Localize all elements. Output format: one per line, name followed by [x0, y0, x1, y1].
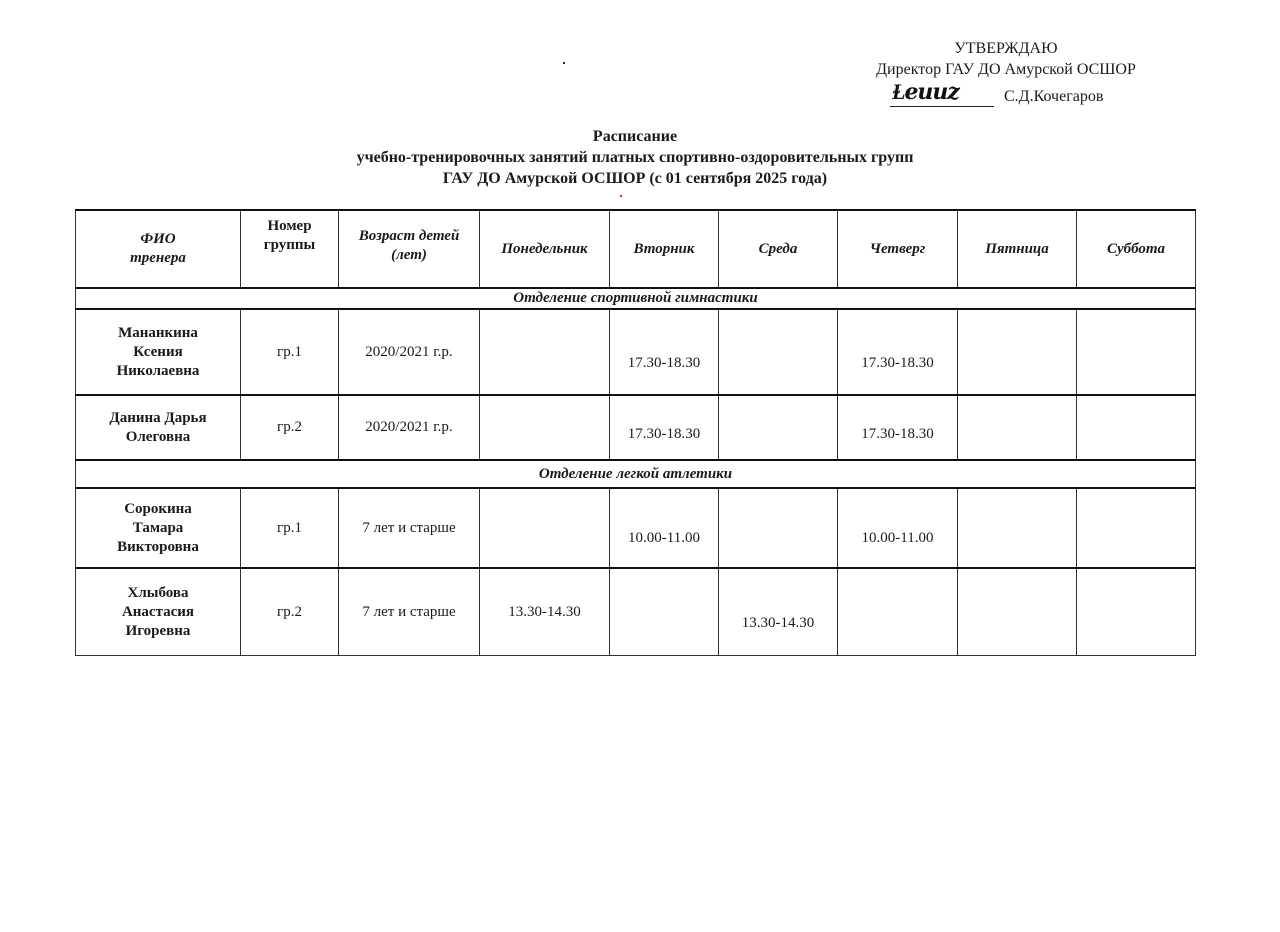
approval-block: УТВЕРЖДАЮ Директор ГАУ ДО Амурской ОСШОР…: [846, 38, 1166, 112]
saturday-time: [1077, 309, 1196, 395]
scan-speck: [563, 62, 565, 64]
wednesday-time: 13.30-14.30: [719, 568, 838, 656]
thursday-time: [838, 568, 958, 656]
section-row: Отделение спортивной гимнастики: [76, 288, 1196, 309]
section-row: Отделение легкой атлетики: [76, 460, 1196, 488]
col-header-monday: Понедельник: [480, 210, 610, 288]
wednesday-time: [719, 309, 838, 395]
section-title: Отделение легкой атлетики: [76, 460, 1196, 488]
trainer-name: ХлыбоваАнастасияИгоревна: [76, 568, 241, 656]
col-header-thursday: Четверг: [838, 210, 958, 288]
monday-time: [480, 309, 610, 395]
signature-underline: [890, 106, 994, 107]
group-number: гр.2: [241, 568, 339, 656]
saturday-time: [1077, 568, 1196, 656]
wednesday-time: [719, 395, 838, 460]
thursday-time: 10.00-11.00: [838, 488, 958, 568]
table-row: ХлыбоваАнастасияИгоревна гр.2 7 лет и ст…: [76, 568, 1196, 656]
signature-line: Ɫeuuz С.Д.Кочегаров: [846, 82, 1166, 112]
friday-time: [958, 488, 1077, 568]
group-number: гр.2: [241, 395, 339, 460]
col-header-wednesday: Среда: [719, 210, 838, 288]
approval-position: Директор ГАУ ДО Амурской ОСШОР: [846, 59, 1166, 80]
trainer-name: МананкинаКсенияНиколаевна: [76, 309, 241, 395]
signature-icon: Ɫeuuz: [892, 82, 959, 103]
col-header-friday: Пятница: [958, 210, 1077, 288]
age-range: 7 лет и старше: [339, 568, 480, 656]
table-row: МананкинаКсенияНиколаевна гр.1 2020/2021…: [76, 309, 1196, 395]
trainer-name: СорокинаТамараВикторовна: [76, 488, 241, 568]
table-row: Данина ДарьяОлеговна гр.2 2020/2021 г.р.…: [76, 395, 1196, 460]
tuesday-time: [610, 568, 719, 656]
col-header-group: Номергруппы: [241, 210, 339, 288]
col-header-saturday: Суббота: [1077, 210, 1196, 288]
tuesday-time: 17.30-18.30: [610, 395, 719, 460]
trainer-name: Данина ДарьяОлеговна: [76, 395, 241, 460]
section-title: Отделение спортивной гимнастики: [76, 288, 1196, 309]
monday-time: 13.30-14.30: [480, 568, 610, 656]
signatory-name: С.Д.Кочегаров: [1004, 86, 1103, 107]
title-line-3: ГАУ ДО Амурской ОСШОР (с 01 сентября 202…: [0, 168, 1270, 189]
title-line-2: учебно-тренировочных занятий платных спо…: [0, 147, 1270, 168]
friday-time: [958, 309, 1077, 395]
col-header-age: Возраст детей(лет): [339, 210, 480, 288]
age-range: 2020/2021 г.р.: [339, 395, 480, 460]
col-header-tuesday: Вторник: [610, 210, 719, 288]
tuesday-time: 10.00-11.00: [610, 488, 719, 568]
title-line-1: Расписание: [0, 126, 1270, 147]
col-header-trainer: ФИОтренера: [76, 210, 241, 288]
friday-time: [958, 568, 1077, 656]
approval-heading: УТВЕРЖДАЮ: [846, 38, 1166, 59]
saturday-time: [1077, 488, 1196, 568]
table-row: СорокинаТамараВикторовна гр.1 7 лет и ст…: [76, 488, 1196, 568]
thursday-time: 17.30-18.30: [838, 309, 958, 395]
group-number: гр.1: [241, 488, 339, 568]
monday-time: [480, 395, 610, 460]
thursday-time: 17.30-18.30: [838, 395, 958, 460]
header-row: ФИОтренера Номергруппы Возраст детей(лет…: [76, 210, 1196, 288]
group-number: гр.1: [241, 309, 339, 395]
wednesday-time: [719, 488, 838, 568]
friday-time: [958, 395, 1077, 460]
tuesday-time: 17.30-18.30: [610, 309, 719, 395]
saturday-time: [1077, 395, 1196, 460]
age-range: 7 лет и старше: [339, 488, 480, 568]
scan-speck: [620, 195, 622, 197]
age-range: 2020/2021 г.р.: [339, 309, 480, 395]
schedule-table: ФИОтренера Номергруппы Возраст детей(лет…: [75, 209, 1196, 656]
document-title: Расписание учебно-тренировочных занятий …: [0, 126, 1270, 189]
monday-time: [480, 488, 610, 568]
